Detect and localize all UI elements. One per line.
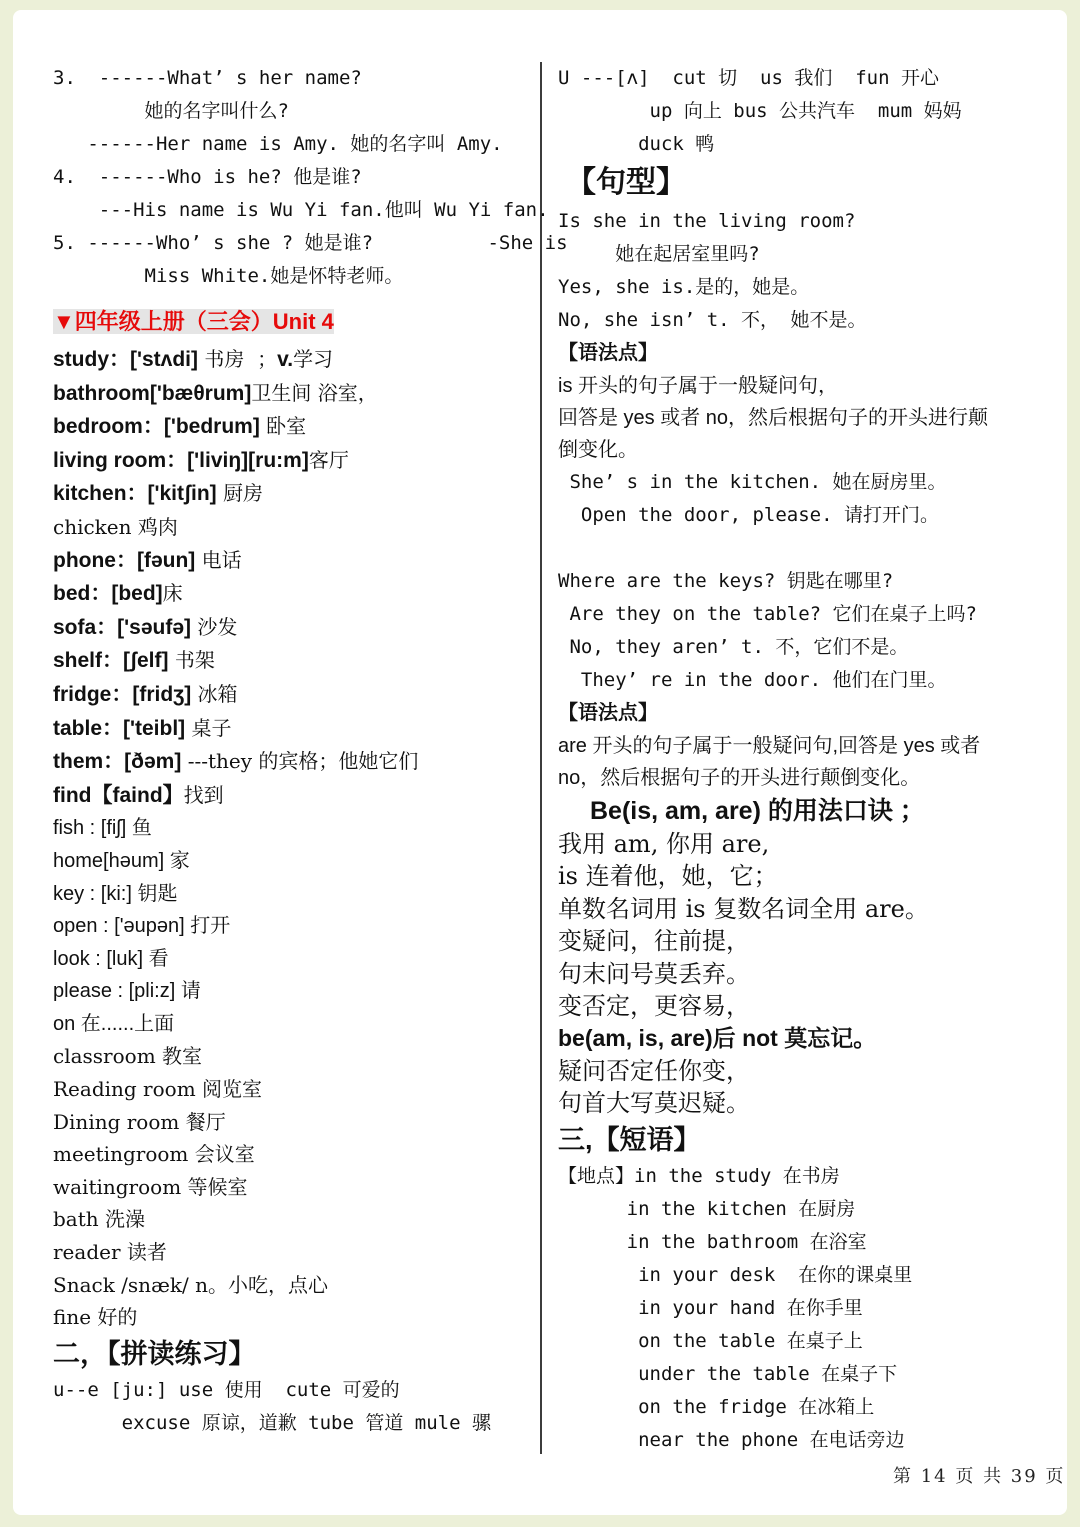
vocab-word: living room：['liviŋ][ru:m]: [53, 449, 309, 472]
text-line: 句首大写莫迟疑。: [558, 1087, 1050, 1119]
vocab-meaning: 学习: [293, 347, 333, 371]
text-line: fine 好的: [53, 1301, 531, 1334]
vocab-meaning: 厨房: [217, 481, 263, 505]
vocab-word: them：[ðəm]: [53, 750, 181, 773]
text-line: 疑问否定任你变，: [558, 1055, 1050, 1087]
text-line: in your hand 在你手里: [558, 1292, 1050, 1325]
vocab-meaning: 客厅: [309, 448, 349, 472]
text-line: 回答是 yes 或者 no，然后根据句子的开头进行颠: [558, 402, 1050, 434]
text-line: 句末问号莫丢弃。: [558, 958, 1050, 990]
vocab-meaning: 书房 ；: [198, 347, 277, 371]
vocab-word: shelf：[ʃelf]: [53, 649, 169, 672]
column-divider-line: [540, 62, 542, 1454]
phrases-section-title: 三,【短语】: [558, 1122, 1050, 1158]
grammar-examples: She’ s in the kitchen. 她在厨房里。 Open the d…: [558, 466, 1050, 532]
grammar-point-2-body: are 开头的句子属于一般疑问句,回答是 yes 或者no，然后根据句子的开头进…: [558, 730, 1050, 794]
text-line: ------Her name is Amy. 她的名字叫 Amy.: [53, 128, 531, 161]
text-line: bath 洗澡: [53, 1203, 531, 1236]
text-line: be(am, is, are)后 not 莫忘记。: [558, 1022, 1050, 1054]
text-line: on the fridge 在冰箱上: [558, 1391, 1050, 1424]
text-line: No, they aren’ t. 不，它们不是。: [558, 631, 1050, 664]
vocab-word: kitchen：['kitʃin]: [53, 482, 217, 505]
vocab-meaning: 卧室: [260, 414, 306, 438]
vocab-word: study：['stʌdi]: [53, 348, 198, 371]
page-number-footer: 第 14 页 共 39 页: [893, 1462, 1065, 1488]
text-line: home[həum] 家: [53, 845, 531, 878]
u-sound-section: U ---[ʌ] cut 切 us 我们 fun 开心 up 向上 bus 公共…: [558, 62, 1050, 161]
vocab-word: bed：[bed]: [53, 582, 163, 605]
right-column: U ---[ʌ] cut 切 us 我们 fun 开心 up 向上 bus 公共…: [558, 62, 1050, 1457]
vocab-meaning: 冰箱: [191, 682, 237, 706]
text-line: No, she isn’ t. 不， 她不是。: [558, 304, 1050, 337]
text-line: waitingroom 等候室: [53, 1171, 531, 1204]
text-line: fish : [fiʃ] 鱼: [53, 812, 531, 845]
where-keys-section: Where are the keys? 钥匙在哪里? Are they on t…: [558, 565, 1050, 697]
text-line: Miss White.她是怀特老师。: [53, 260, 531, 293]
text-line: Yes, she is.是的，她是。: [558, 271, 1050, 304]
text-line: in the bathroom 在浴室: [558, 1226, 1050, 1259]
pinread-section: u--e [ju:] use 使用 cute 可爱的 excuse 原谅，道歉 …: [53, 1374, 531, 1440]
sentence-pattern-section: Is she in the living room? 她在起居室里吗?Yes, …: [558, 205, 1050, 337]
text-line: study：['stʌdi] 书房 ；v.学习: [53, 343, 531, 377]
text-line: U ---[ʌ] cut 切 us 我们 fun 开心: [558, 62, 1050, 95]
unit-4-header-unit: Unit 4: [273, 309, 334, 334]
unit-4-header-highlight: ▼四年级上册（三会）Unit 4: [53, 309, 334, 334]
text-line: phone：[fəun] 电话: [53, 544, 531, 578]
document-page: 3. ------What’ s her name? 她的名字叫什么? ----…: [13, 10, 1067, 1515]
text-line: bed：[bed]床: [53, 577, 531, 611]
text-line: please : [pli:z] 请: [53, 975, 531, 1008]
text-line: in the kitchen 在厨房: [558, 1193, 1050, 1226]
text-line: are 开头的句子属于一般疑问句,回答是 yes 或者: [558, 730, 1050, 762]
text-line: shelf：[ʃelf] 书架: [53, 644, 531, 678]
text-line: They’ re in the door. 他们在门里。: [558, 664, 1050, 697]
text-line: 单数名词用 is 复数名词全用 are。: [558, 893, 1050, 925]
text-line: Are they on the table? 它们在桌子上吗?: [558, 598, 1050, 631]
grammar-point-2-title: 【语法点】: [558, 697, 1050, 730]
text-line: on 在......上面: [53, 1008, 531, 1041]
text-line: is 连着他，她，它；: [558, 860, 1050, 892]
text-line: sofa：['səufə] 沙发: [53, 611, 531, 645]
text-line: them：[ðəm] ---they 的宾格；他她它们: [53, 745, 531, 779]
text-line: 她在起居室里吗?: [558, 238, 1050, 271]
text-line: u--e [ju:] use 使用 cute 可爱的: [53, 1374, 531, 1407]
text-line: 【地点】in the study 在书房: [558, 1160, 1050, 1193]
text-line: is 开头的句子属于一般疑问句，: [558, 370, 1050, 402]
text-line: look : [luk] 看: [53, 943, 531, 976]
vocabulary-list: study：['stʌdi] 书房 ；v.学习bathroom['bæθrum]…: [53, 343, 531, 1334]
text-line: excuse 原谅，道歉 tube 管道 mule 骡: [53, 1407, 531, 1440]
vocab-meaning: 桌子: [185, 716, 231, 740]
text-line: Snack /snæk/ n。小吃，点心: [53, 1269, 531, 1302]
text-line: 变疑问，往前提，: [558, 925, 1050, 957]
text-line: classroom 教室: [53, 1040, 531, 1073]
text-line: 5. ------Who’ s she ? 她是谁? -She is: [53, 227, 531, 260]
study-sheet-page: { "page": { "footer": "第 14 页 共 39 页", "…: [0, 0, 1080, 1527]
text-line: under the table 在桌子下: [558, 1358, 1050, 1391]
vocab-word: sofa：['səufə]: [53, 616, 191, 639]
text-line: 她的名字叫什么?: [53, 95, 531, 128]
vocab-word: bedroom：['bedrum]: [53, 415, 260, 438]
text-line: 3. ------What’ s her name?: [53, 62, 531, 95]
text-line: find【faind】找到: [53, 779, 531, 813]
text-line: meetingroom 会议室: [53, 1138, 531, 1171]
pinread-section-title: 二，【拼读练习】: [53, 1336, 531, 1372]
text-line: table：['teibl] 桌子: [53, 712, 531, 746]
text-line: Reading room 阅览室: [53, 1073, 531, 1106]
text-line: ---His name is Wu Yi fan.他叫 Wu Yi fan.: [53, 194, 531, 227]
text-line: 倒变化。: [558, 434, 1050, 466]
text-line: Is she in the living room?: [558, 205, 1050, 238]
vocab-word: table：['teibl]: [53, 717, 185, 740]
text-line: in your desk 在你的课桌里: [558, 1259, 1050, 1292]
text-line: fridge：[fridʒ] 冰箱: [53, 678, 531, 712]
vocab-meaning: ---they 的宾格；他她它们: [181, 749, 418, 773]
text-line: no，然后根据句子的开头进行颠倒变化。: [558, 762, 1050, 794]
be-usage-rhyme-title: Be(is, am, are) 的用法口诀 ；: [558, 794, 1050, 828]
text-line: key : [ki:] 钥匙: [53, 878, 531, 911]
text-line: bathroom['bæθrum]卫生间 浴室，: [53, 377, 531, 411]
text-line: open : ['əupən] 打开: [53, 910, 531, 943]
vocab-word: bathroom['bæθrum]: [53, 382, 251, 405]
phrases-section: 【地点】in the study 在书房 in the kitchen 在厨房 …: [558, 1160, 1050, 1457]
vocab-meaning: 找到: [184, 783, 224, 807]
vocab-word: phone：[fəun]: [53, 549, 195, 572]
unit-4-header: ▼四年级上册（三会）Unit 4: [53, 307, 531, 337]
text-line: near the phone 在电话旁边: [558, 1424, 1050, 1457]
text-line: living room：['liviŋ][ru:m]客厅: [53, 444, 531, 478]
text-line: duck 鸭: [558, 128, 1050, 161]
text-line: reader 读者: [53, 1236, 531, 1269]
vocab-meaning: 电话: [195, 548, 241, 572]
text-line: Where are the keys? 钥匙在哪里?: [558, 565, 1050, 598]
vocab-meaning: 沙发: [191, 615, 237, 639]
grammar-point-1-title: 【语法点】: [558, 337, 1050, 370]
grammar-point-1-body: is 开头的句子属于一般疑问句，回答是 yes 或者 no，然后根据句子的开头进…: [558, 370, 1050, 466]
text-line: Open the door, please. 请打开门。: [558, 499, 1050, 532]
text-line: chicken 鸡肉: [53, 511, 531, 544]
vocab-meaning: 书架: [169, 648, 215, 672]
vocab-meaning: 卫生间 浴室，: [251, 381, 377, 405]
text-line: 变否定，更容易，: [558, 990, 1050, 1022]
text-line: 我用 am, 你用 are,: [558, 828, 1050, 860]
spacer: [558, 532, 1050, 565]
unit-4-header-prefix: ▼四年级上册（三会）: [53, 309, 273, 334]
text-line: on the table 在桌子上: [558, 1325, 1050, 1358]
text-line: kitchen：['kitʃin] 厨房: [53, 477, 531, 511]
qa-section: 3. ------What’ s her name? 她的名字叫什么? ----…: [53, 62, 531, 293]
vocab-word: fridge：[fridʒ]: [53, 683, 191, 706]
vocab-word: find【faind】: [53, 784, 184, 807]
text-line: She’ s in the kitchen. 她在厨房里。: [558, 466, 1050, 499]
text-line: 4. ------Who is he? 他是谁?: [53, 161, 531, 194]
text-line: Dining room 餐厅: [53, 1106, 531, 1139]
text-line: up 向上 bus 公共汽车 mum 妈妈: [558, 95, 1050, 128]
vocab-meaning: 床: [163, 581, 183, 605]
be-usage-rhyme: 我用 am, 你用 are,is 连着他，她，它；单数名词用 is 复数名词全用…: [558, 828, 1050, 1120]
text-line: bedroom：['bedrum] 卧室: [53, 410, 531, 444]
sentence-pattern-title: 【句型】: [566, 163, 1050, 203]
vocab-word: v.: [277, 348, 293, 371]
left-column: 3. ------What’ s her name? 她的名字叫什么? ----…: [53, 62, 531, 1440]
